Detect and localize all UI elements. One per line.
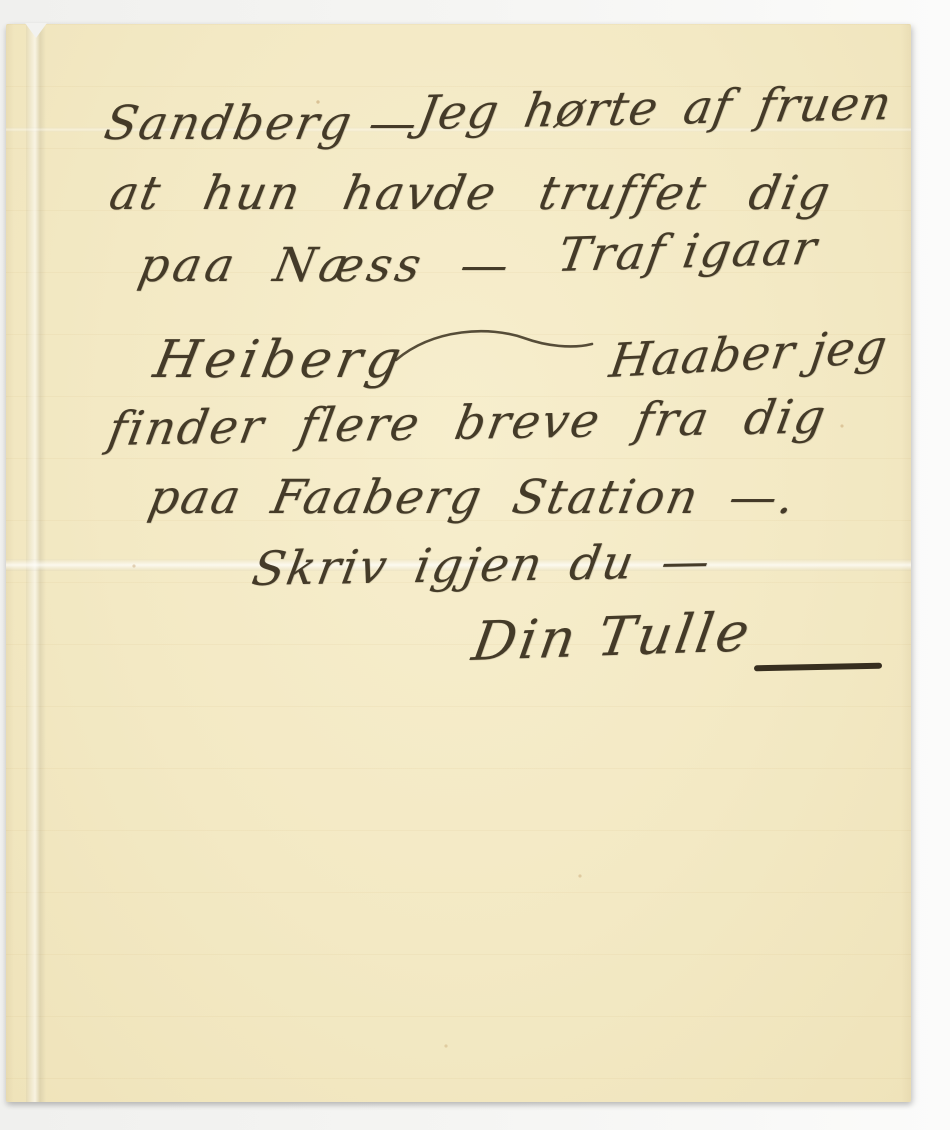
- pen-flourish: [392, 324, 597, 366]
- scan-background: Sandberg — Jeg hørte af fruen at hun hav…: [0, 0, 950, 1130]
- handwritten-line-7: Skriv igjen du —: [248, 534, 716, 597]
- handwritten-line-3-left: paa Næss —: [134, 238, 517, 293]
- handwritten-line-6: paa Faaberg Station —.: [144, 470, 801, 525]
- letter-page: Sandberg — Jeg hørte af fruen at hun hav…: [6, 24, 911, 1102]
- handwritten-line-1-left: Sandberg —: [100, 96, 424, 151]
- handwritten-line-1-right: Jeg hørte af fruen: [414, 76, 896, 141]
- handwritten-line-2: at hun havde truffet dig: [105, 166, 836, 221]
- handwritten-line-5: finder flere breve fra dig: [104, 390, 831, 457]
- handwritten-line-3-right: Traf igaar: [554, 221, 822, 283]
- handwritten-line-4-right: Haaber jeg: [606, 320, 891, 389]
- fold-notch: [25, 23, 47, 38]
- handwritten-signature: Din Tulle: [468, 600, 757, 673]
- handwritten-line-4-left: Heiberg: [149, 330, 411, 390]
- signature-underline: [754, 663, 882, 672]
